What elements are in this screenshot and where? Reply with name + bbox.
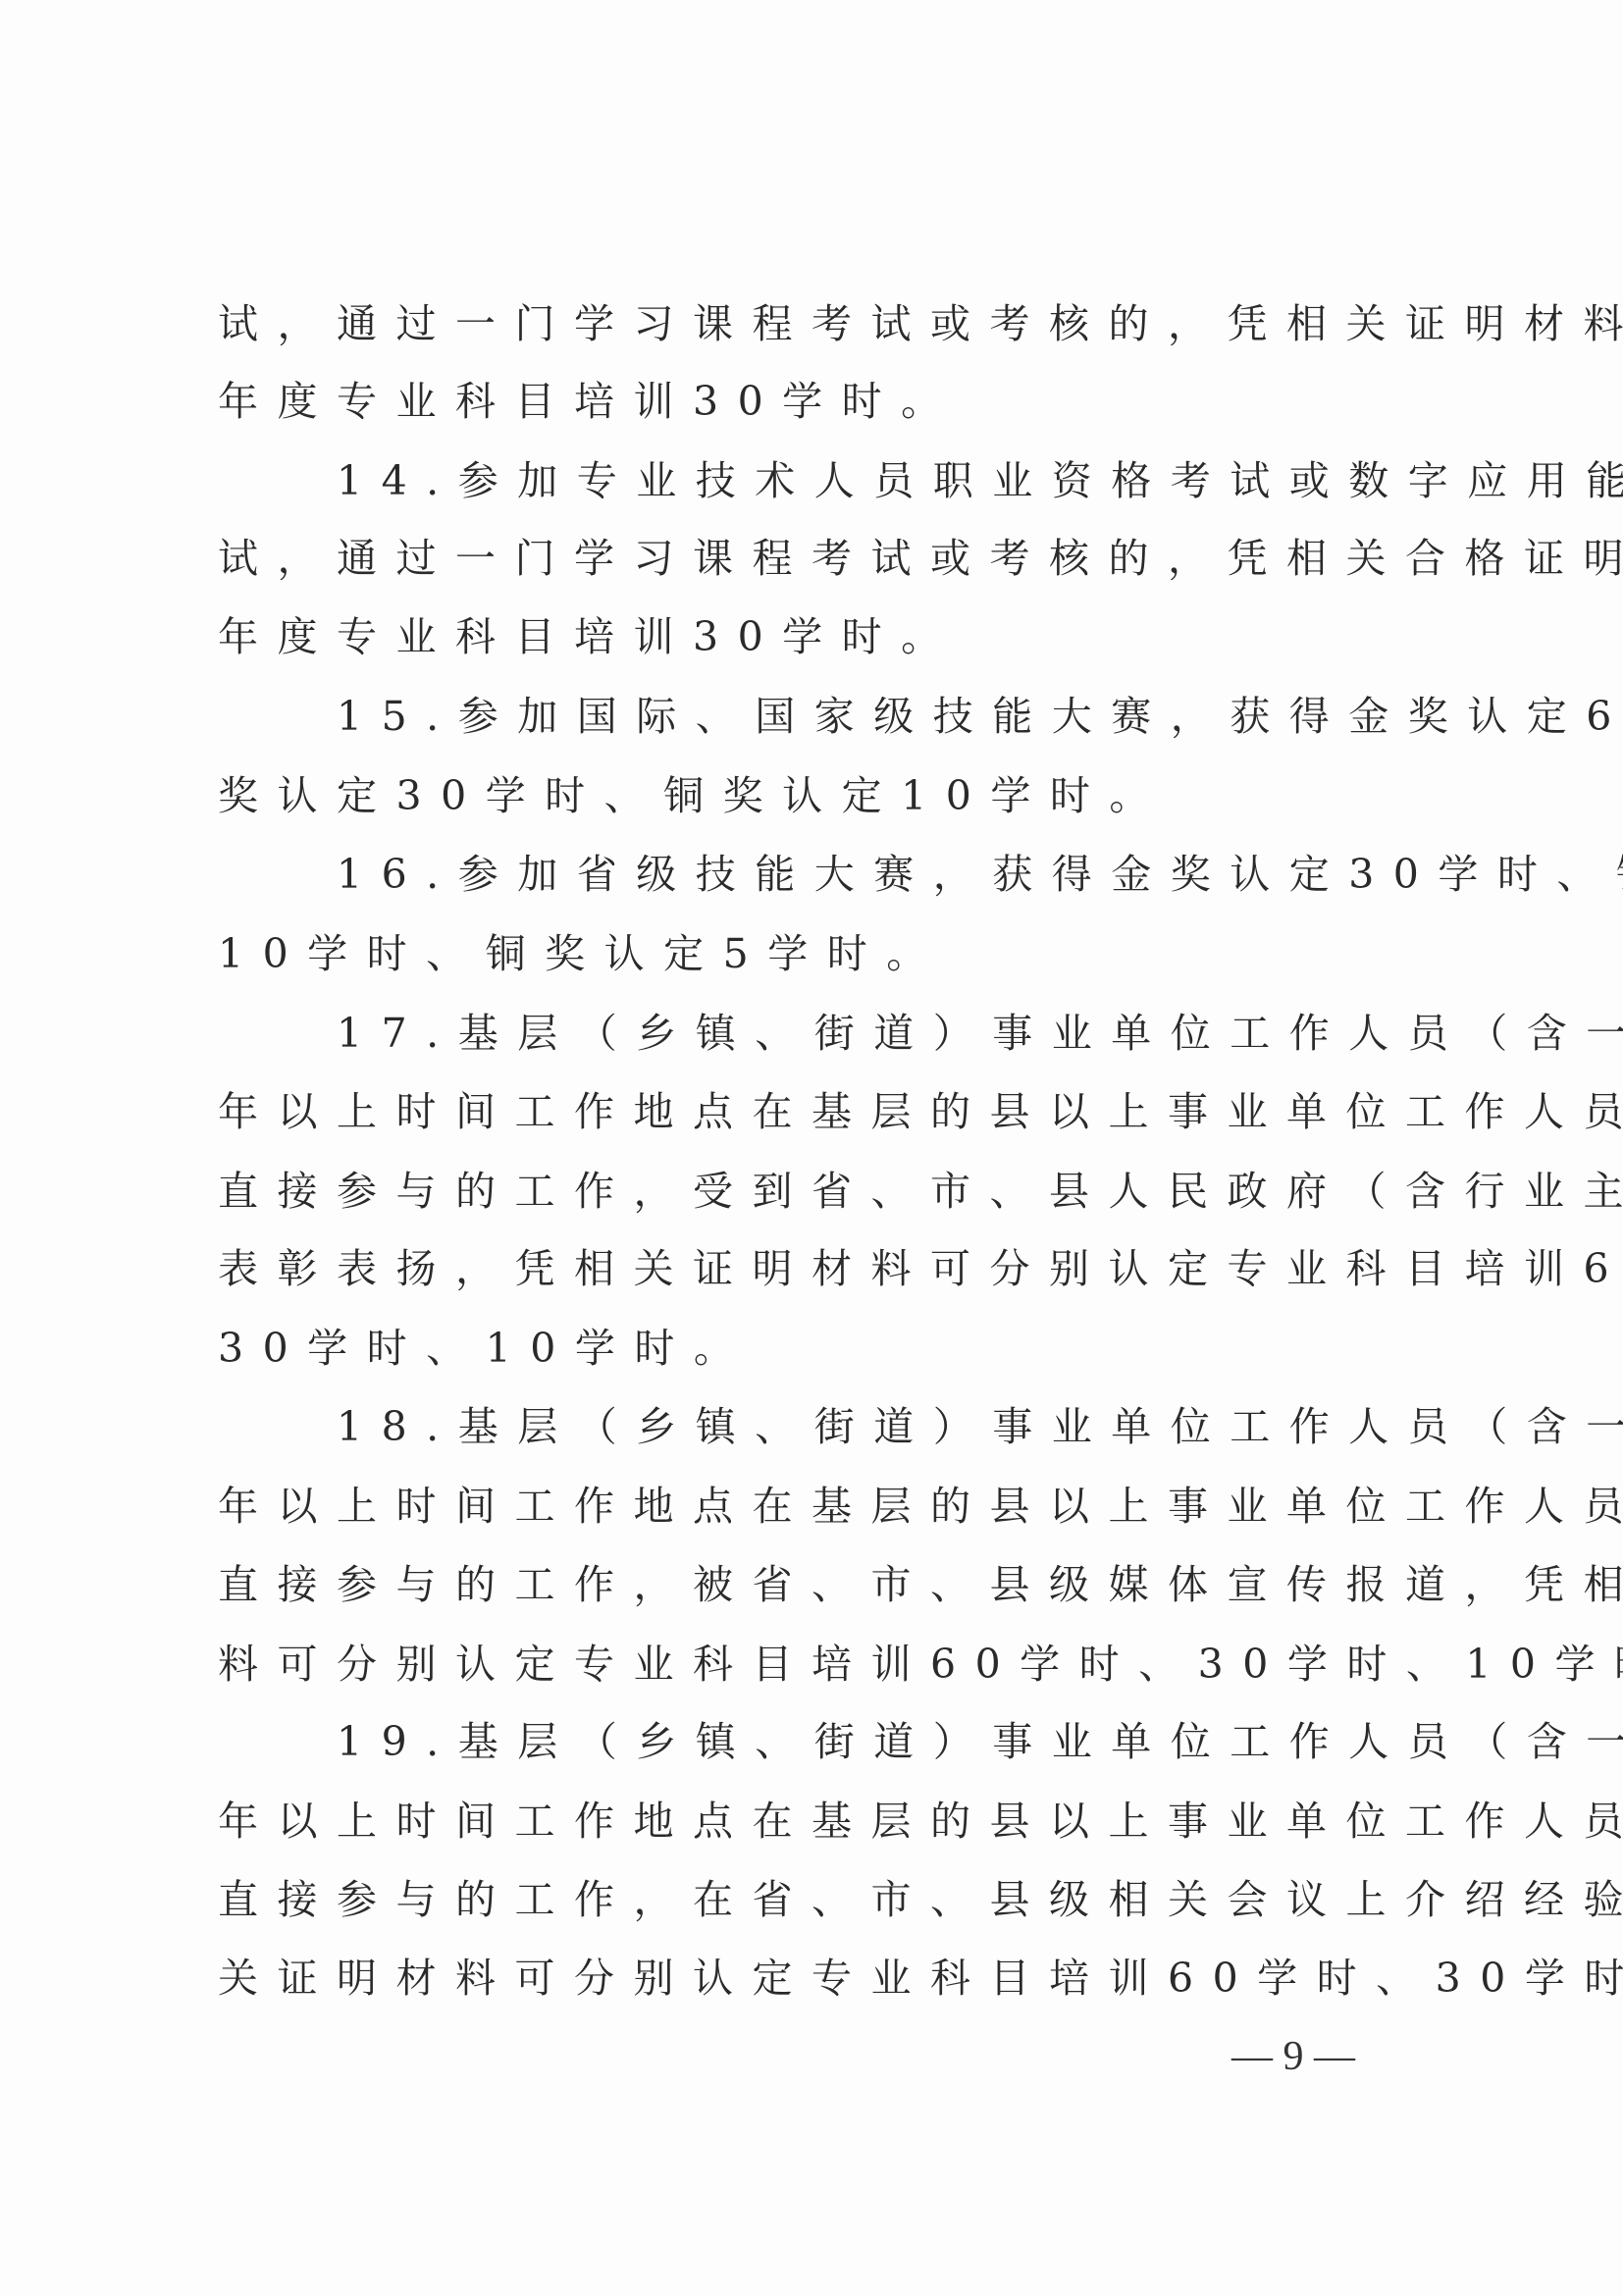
- text-line: 料可分别认定专业科目培训60学时、30学时、10学时。: [218, 1635, 1623, 1694]
- text-line: 年以上时间工作地点在基层的县以上事业单位工作人员）承担或: [218, 1082, 1623, 1141]
- text-line: 试，通过一门学习课程考试或考核的，凭相关合格证明可认定当: [218, 529, 1623, 588]
- text-line: 10学时、铜奖认定5学时。: [218, 924, 946, 983]
- text-line: 15.参加国际、国家级技能大赛，获得金奖认定60学时、银: [218, 687, 1623, 746]
- text-line: 直接参与的工作，被省、市、县级媒体宣传报道，凭相关证明材: [218, 1555, 1623, 1614]
- text-line: 年度专业科目培训30学时。: [218, 607, 961, 666]
- text-line: 16.参加省级技能大赛，获得金奖认定30学时、银奖认定: [218, 845, 1623, 904]
- text-line: 14.参加专业技术人员职业资格考试或数字应用能力水平考: [218, 451, 1623, 510]
- text-line: 年以上时间工作地点在基层的县以上事业单位工作人员）承担或: [218, 1477, 1623, 1536]
- text-line: 年度专业科目培训30学时。: [218, 372, 961, 431]
- text-line: 奖认定30学时、铜奖认定10学时。: [218, 766, 1169, 825]
- text-line: 17.基层（乡镇、街道）事业单位工作人员（含一年内有半: [218, 1004, 1623, 1063]
- text-line: 年以上时间工作地点在基层的县以上事业单位工作人员）承担或: [218, 1792, 1623, 1851]
- text-line: 18.基层（乡镇、街道）事业单位工作人员（含一年内有半: [218, 1397, 1623, 1456]
- text-line: 19.基层（乡镇、街道）事业单位工作人员（含一年内有半: [218, 1712, 1623, 1771]
- text-line: 直接参与的工作，在省、市、县级相关会议上介绍经验的，凭相: [218, 1870, 1623, 1929]
- text-line: 30学时、10学时。: [218, 1319, 753, 1378]
- page-number: — 9 —: [1231, 2027, 1355, 2086]
- text-line: 试，通过一门学习课程考试或考核的，凭相关证明材料可认定当: [218, 294, 1623, 353]
- text-line: 关证明材料可分别认定专业科目培训60学时、30学时、10学时。: [218, 1949, 1623, 2008]
- text-line: 直接参与的工作，受到省、市、县人民政府（含行业主管部门）: [218, 1162, 1623, 1221]
- text-line: 表彰表扬，凭相关证明材料可分别认定专业科目培训60学时、: [218, 1239, 1623, 1298]
